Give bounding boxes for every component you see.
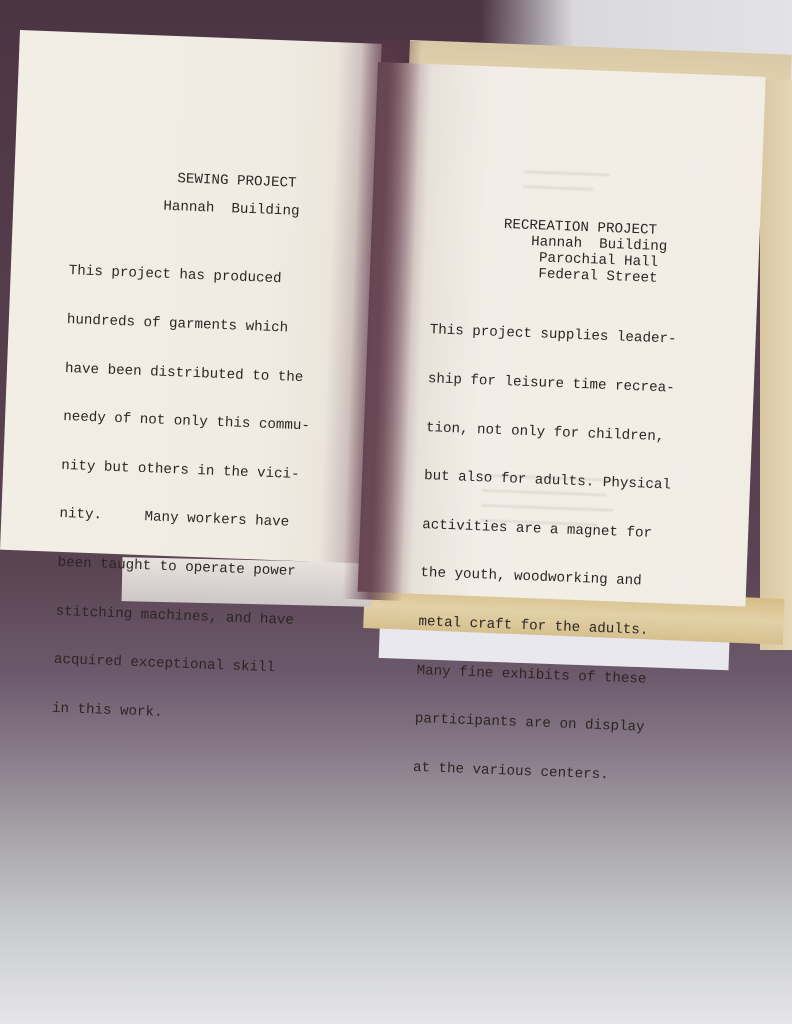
body-line: in this work. [52, 701, 299, 727]
body-line: ship for leisure time recrea- [428, 371, 675, 397]
right-page: ▬▬▬▬▬▬▬▬▬▬▬ ▬▬▬▬▬▬▬▬▬ ▬▬▬▬▬▬▬▬▬▬▬▬▬▬▬▬▬ … [358, 62, 766, 607]
body-line: have been distributed to the [65, 361, 312, 387]
body-line: participants are on display [414, 711, 661, 737]
body-line: nity but others in the vici- [61, 458, 308, 484]
body-line: the youth, woodworking and [420, 565, 667, 591]
body-line: This project has produced [68, 263, 315, 289]
body-line: This project supplies leader- [429, 323, 676, 349]
left-page-location: Hannah Building [163, 199, 300, 220]
body-line: tion, not only for children, [426, 420, 673, 446]
body-line: Many fine exhibits of these [416, 663, 663, 689]
left-page-body: This project has produced hundreds of ga… [50, 231, 317, 759]
body-line: metal craft for the adults. [418, 614, 665, 640]
left-page-title: SEWING PROJECT [177, 171, 297, 192]
left-page-content: SEWING PROJECT Hannah Building This proj… [70, 167, 107, 249]
body-line: but also for adults. Physical [424, 468, 671, 494]
body-line: been taught to operate power [57, 555, 304, 581]
aged-tape-right [760, 80, 792, 650]
body-line: stitching machines, and have [55, 603, 302, 629]
right-page-body: This project supplies leader- ship for l… [411, 290, 678, 818]
bleed-through-texture: ▬▬▬▬▬▬▬▬▬▬▬ ▬▬▬▬▬▬▬▬▬ [523, 163, 610, 196]
body-line: needy of not only this commu- [63, 409, 310, 435]
body-line: acquired exceptional skill [54, 652, 301, 678]
body-line: nity. Many workers have [59, 506, 306, 532]
body-line: hundreds of garments which [67, 312, 314, 338]
body-line: activities are a magnet for [422, 517, 669, 543]
body-line: at the various centers. [413, 760, 660, 786]
left-page: SEWING PROJECT Hannah Building This proj… [0, 30, 382, 564]
